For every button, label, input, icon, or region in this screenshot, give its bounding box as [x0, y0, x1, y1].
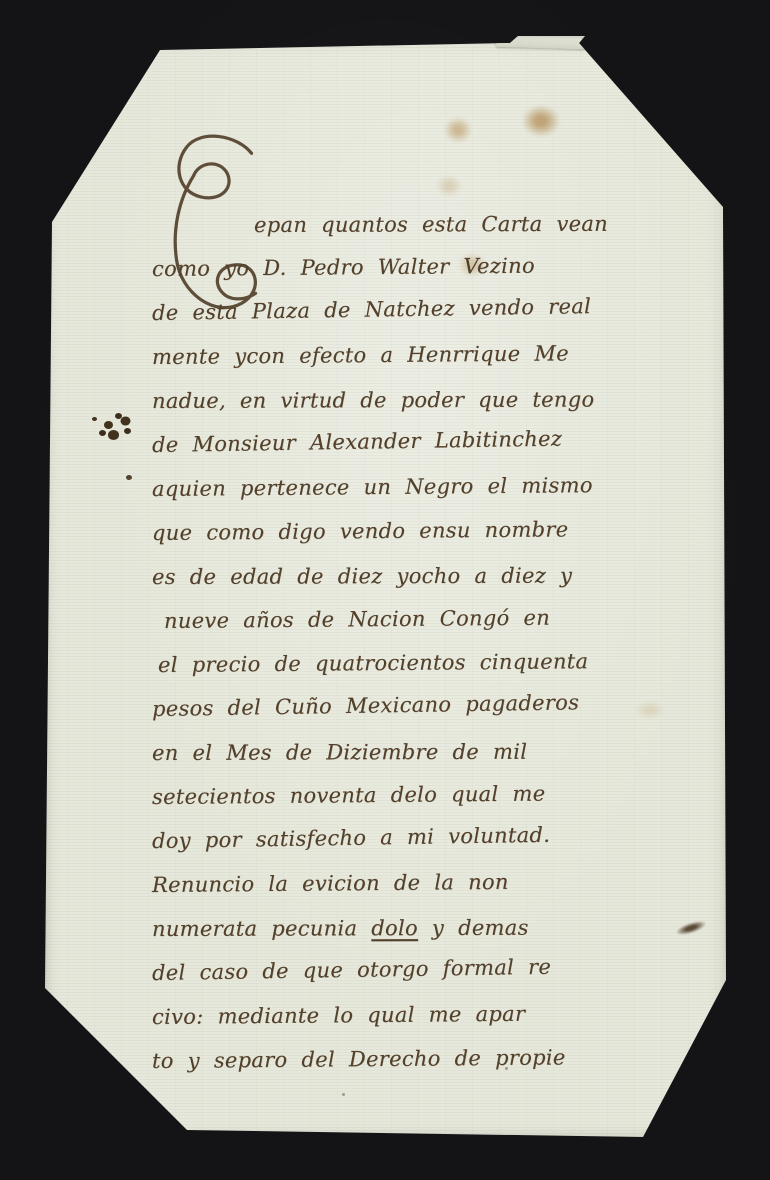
manuscript-line: to y separo del Derecho de propie	[152, 1035, 662, 1083]
manuscript-line: mente ycon efecto a Henrrique Me	[152, 331, 662, 379]
manuscript-line: aquien pertenece un Negro el mismo	[152, 463, 662, 511]
ink-blot	[92, 417, 97, 421]
paper-tear-flap	[496, 36, 586, 50]
manuscript-line: en el Mes de Diziembre de mil	[152, 729, 662, 775]
manuscript-line: nueve años de Nacion Congó en	[164, 595, 662, 643]
manuscript-line: pesos del Cuño Mexicano pagaderos	[152, 679, 663, 731]
manuscript-line: de esta Plaza de Natchez vendo real	[152, 283, 663, 335]
manuscript-line: doy por satisfecho a mi voluntad.	[152, 811, 663, 863]
manuscript-line: Renuncio la evicion de la non	[152, 859, 662, 907]
stain	[436, 175, 462, 197]
stain	[444, 117, 472, 143]
manuscript-text: epan quantos esta Carta veancomo yo D. P…	[152, 203, 662, 1083]
underlined-word: dolo	[371, 916, 418, 940]
manuscript-line: que como digo vendo ensu nombre	[152, 507, 662, 555]
manuscript-line: de Monsieur Alexander Labitinchez	[152, 415, 663, 467]
photo-background: S epan quantos esta Carta veancomo yo D.…	[0, 0, 770, 1180]
ink-dot	[126, 475, 132, 480]
speck	[342, 1093, 345, 1096]
ink-smudge	[675, 919, 707, 938]
manuscript-line: epan quantos esta Carta vean	[254, 202, 662, 247]
manuscript-line: es de edad de diez yocho a diez y	[152, 553, 662, 599]
manuscript-page: S epan quantos esta Carta veancomo yo D.…	[40, 35, 730, 1145]
manuscript-line: civo: mediante lo qual me apar	[152, 991, 662, 1039]
manuscript-line: del caso de que otorgo formal re	[152, 943, 663, 995]
stain	[522, 105, 560, 137]
